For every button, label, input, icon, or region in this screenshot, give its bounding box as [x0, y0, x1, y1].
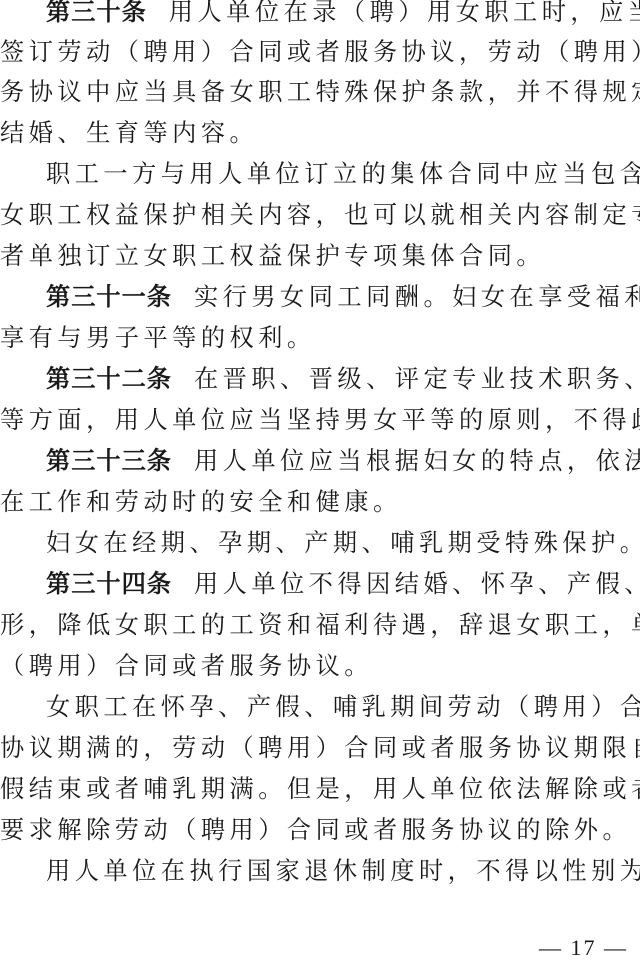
- article-heading: 第三十二条: [46, 365, 172, 393]
- text-line: 职工一方与用人单位订立的集体合同中应当包含男女平等和: [0, 154, 640, 194]
- text-line: 第三十三条用人单位应当根据妇女的特点，依法保护妇女: [0, 441, 640, 481]
- text-line: 第三十条用人单位在录（聘）用女职工时，应当依法与其: [0, 0, 640, 32]
- text-line: 在工作和劳动时的安全和健康。: [0, 482, 640, 522]
- text-line: 女职工权益保护相关内容，也可以就相关内容制定专章、附件或: [0, 195, 640, 235]
- text-line: 务协议中应当具备女职工特殊保护条款，并不得规定限制女职工: [0, 72, 640, 112]
- text-line: 第三十二条在晋职、晋级、评定专业技术职务、专业培训: [0, 359, 640, 399]
- text-line: 形，降低女职工的工资和福利待遇，辞退女职工，单方解除劳动: [0, 605, 640, 645]
- text-line: （聘用）合同或者服务协议。: [0, 646, 640, 686]
- page-number: — 17 —: [539, 934, 628, 961]
- text-line: 协议期满的，劳动（聘用）合同或者服务协议期限自动延续至产: [0, 728, 640, 768]
- document-page: 第三十条用人单位在录（聘）用女职工时，应当依法与其 签订劳动（聘用）合同或者服务…: [0, 0, 640, 961]
- article-heading: 第三十四条: [46, 570, 172, 598]
- text-line: 假结束或者哺乳期满。但是，用人单位依法解除或者女职工依法: [0, 769, 640, 809]
- article-heading: 第三十三条: [46, 447, 172, 475]
- article-heading: 第三十条: [46, 0, 147, 26]
- article-heading: 第三十一条: [46, 283, 172, 311]
- text-line: 妇女在经期、孕期、产期、哺乳期受特殊保护。: [0, 523, 640, 563]
- text-line: 第三十四条用人单位不得因结婚、怀孕、产假、哺乳等情: [0, 564, 640, 604]
- text-line: 第三十一条实行男女同工同酬。妇女在享受福利待遇方面: [0, 277, 640, 317]
- text-line: 者单独订立女职工权益保护专项集体合同。: [0, 236, 640, 276]
- text-line: 女职工在怀孕、产假、哺乳期间劳动（聘用）合同或者服务: [0, 687, 640, 727]
- text-line: 用人单位在执行国家退休制度时，不得以性别为由歧视妇: [0, 851, 640, 891]
- text-line: 享有与男子平等的权利。: [0, 318, 640, 358]
- text-line: 结婚、生育等内容。: [0, 113, 640, 153]
- text-line: 要求解除劳动（聘用）合同或者服务协议的除外。: [0, 810, 640, 850]
- text-line: 签订劳动（聘用）合同或者服务协议，劳动（聘用）合同或者服: [0, 32, 640, 72]
- text-line: 等方面，用人单位应当坚持男女平等的原则，不得歧视妇女。: [0, 400, 640, 440]
